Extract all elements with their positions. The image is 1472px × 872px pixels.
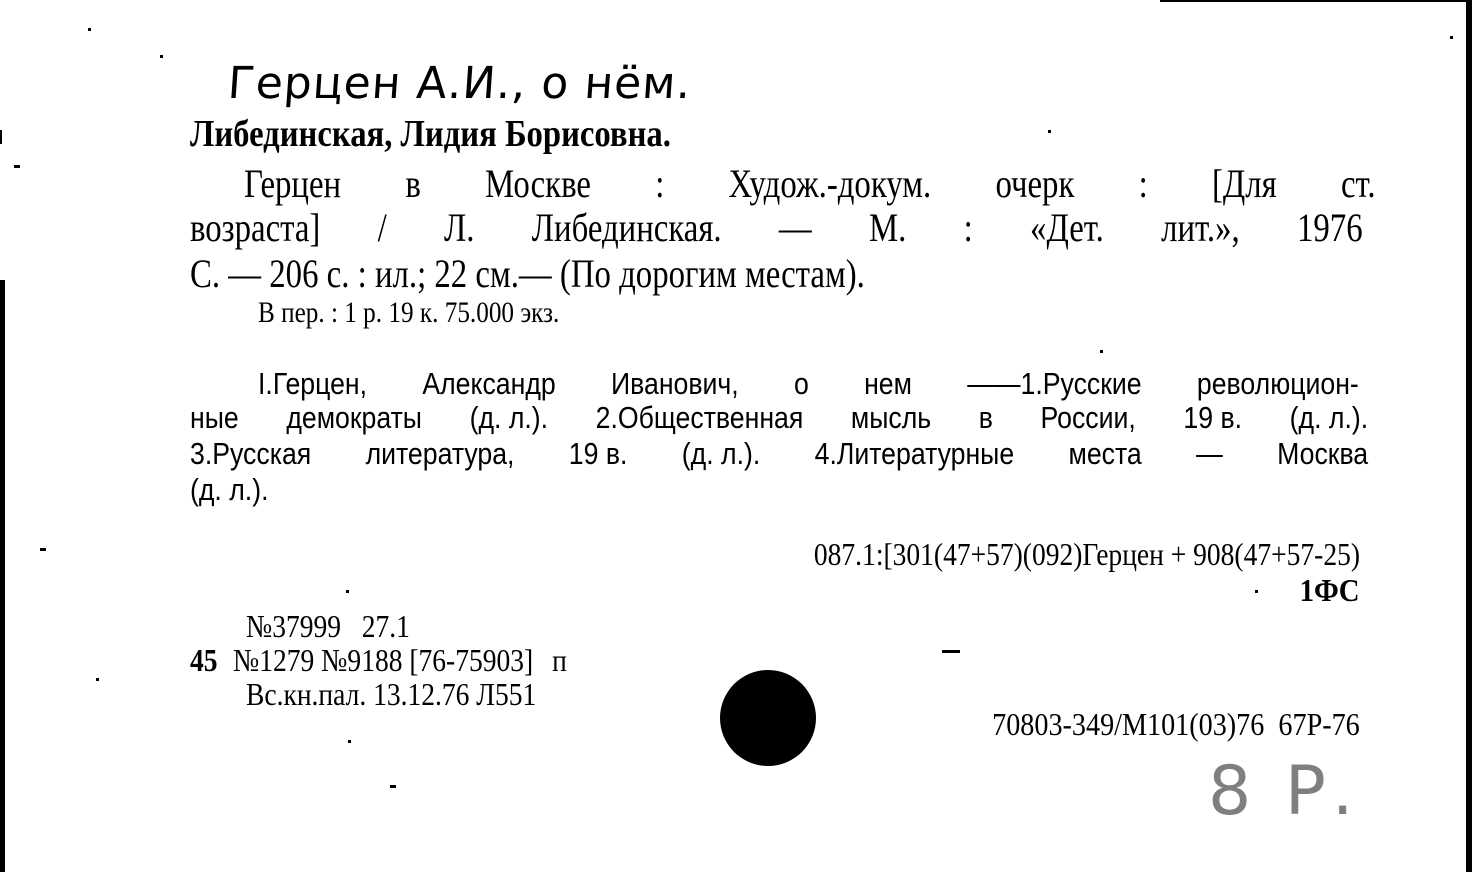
word: : [1139, 160, 1148, 207]
word: возраста] [190, 204, 320, 251]
word: в [979, 400, 993, 436]
dash-mark [942, 650, 960, 653]
word: 4.Литературные [815, 436, 1015, 472]
scan-speck [14, 165, 20, 168]
card-edge-left [0, 280, 5, 872]
scan-speck [1048, 130, 1051, 133]
word: Либединская. [532, 204, 722, 251]
word: 1976 [1297, 204, 1363, 251]
word: в [405, 160, 420, 207]
word: места [1069, 436, 1142, 472]
word: (д. л.). [1290, 400, 1369, 436]
word: 19 в. [1183, 400, 1242, 436]
word: Герцен [244, 160, 341, 207]
word: Иванович, [611, 366, 739, 402]
handwritten-heading: Герцен А.И., о нём. [226, 58, 693, 109]
subjects-line-3: 3.Русскаялитература,19 в.(д. л.).4.Литер… [190, 436, 1368, 472]
word: Москва [1277, 436, 1368, 472]
word: М. [869, 204, 906, 251]
word: 2.Общественная [596, 400, 804, 436]
word: ные [190, 400, 239, 436]
registration-fragment: п [552, 642, 567, 678]
punch-hole [720, 670, 816, 766]
scan-speck [1450, 36, 1453, 39]
scan-speck [40, 548, 46, 551]
word: России, [1041, 400, 1136, 436]
word: «Дет. [1030, 204, 1104, 251]
word: : [655, 160, 664, 207]
author-heading: Либединская, Лидия Борисовна. [190, 112, 671, 156]
word: Худож.-докум. [729, 160, 932, 207]
word: демократы [286, 400, 422, 436]
registration-prefix: 45 [190, 642, 218, 678]
word: литература, [366, 436, 515, 472]
word: — [1196, 436, 1223, 472]
word: 3.Русская [190, 436, 311, 472]
subjects-line-2: ныедемократы(д. л.).2.Общественнаямысльв… [190, 400, 1368, 436]
word: ст. [1341, 160, 1376, 207]
scan-speck [1100, 350, 1103, 353]
word: революцион- [1197, 366, 1359, 402]
scan-speck [96, 678, 99, 681]
title-line-2: возраста]/Л.Либединская.—М.:«Дет.лит.»,1… [190, 204, 1363, 251]
word: о [794, 366, 809, 402]
publisher-code: 70803-349/М101(03)76 67Р-76 [992, 706, 1360, 743]
price-line: В пер. : 1 р. 19 к. 75.000 экз. [258, 296, 559, 330]
scan-speck [390, 785, 396, 788]
word: I.Герцен, [258, 366, 367, 402]
word: очерк [995, 160, 1074, 207]
title-line-1: ГерценвМоскве:Худож.-докум.очерк:[Дляст. [244, 160, 1376, 207]
word: — [779, 204, 812, 251]
word: (д. л.). [682, 436, 761, 472]
word: мысль [851, 400, 931, 436]
scan-speck [160, 55, 163, 58]
word: 19 в. [569, 436, 628, 472]
word: ——1.Русские [967, 366, 1141, 402]
card-edge-mark [0, 130, 2, 144]
word: лит.», [1161, 204, 1240, 251]
scan-speck [346, 590, 349, 593]
word: : [964, 204, 973, 251]
scan-speck [348, 740, 351, 743]
word: Александр [422, 366, 555, 402]
title-line-3: С. — 206 с. : ил.; 22 см.— (По дорогим м… [190, 250, 865, 297]
card-edge-right [1466, 0, 1472, 872]
word: нем [864, 366, 912, 402]
udc-index: 087.1:[301(47+57)(092)Герцен + 908(47+57… [814, 536, 1360, 573]
book-chamber-line: Вс.кн.пал. 13.12.76 Л551 [246, 676, 536, 713]
scan-speck [1255, 590, 1258, 593]
classification-code: 1ФС [1300, 572, 1360, 609]
registration-numbers: №1279 №9188 [76-75903] [233, 642, 533, 678]
word: [Для [1212, 160, 1277, 207]
subjects-line-1: I.Герцен,АлександрИванович,онем——1.Русск… [258, 366, 1359, 402]
word: / [378, 204, 387, 251]
registration-line: 45№1279 №9188 [76-75903]п [190, 642, 567, 679]
word: Москве [485, 160, 591, 207]
card-edge-top [1160, 0, 1470, 2]
pencil-note: 8 Р. [1208, 752, 1360, 831]
word: (д. л.). [470, 400, 549, 436]
subjects-line-4: (д. л.). [190, 472, 269, 508]
catalog-card: Герцен А.И., о нём. Либединская, Лидия Б… [0, 0, 1472, 872]
record-number: №37999 27.1 [246, 608, 410, 645]
word: Л. [444, 204, 474, 251]
scan-speck [88, 28, 91, 31]
